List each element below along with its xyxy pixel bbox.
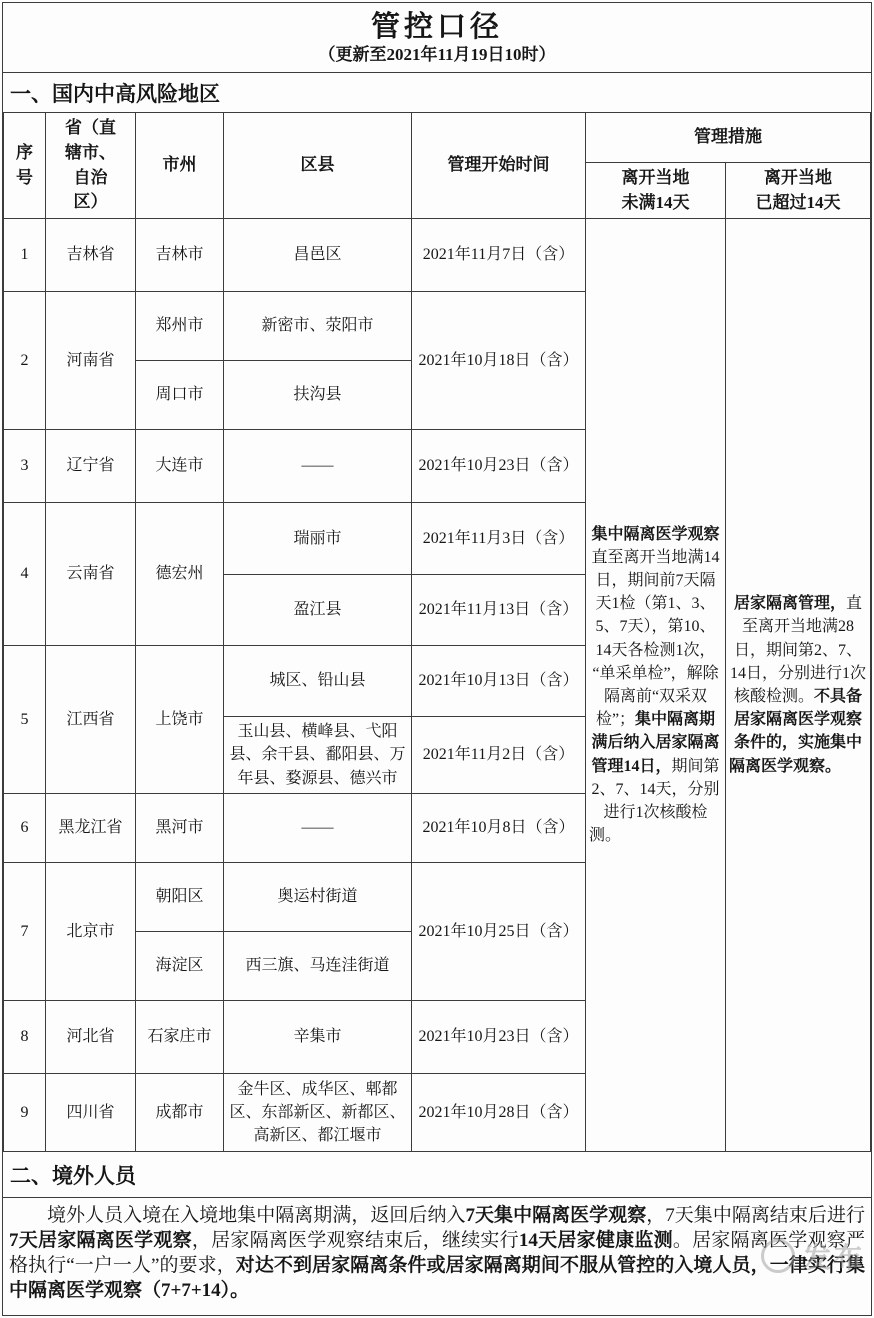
start-date-cell: 2021年10月28日（含） xyxy=(412,1074,586,1152)
col-header-measures: 管理措施 xyxy=(586,113,871,163)
district-cell: 金牛区、成华区、郫都区、东部新区、新都区、高新区、都江堰市 xyxy=(224,1074,412,1152)
seq-cell: 5 xyxy=(4,646,46,794)
city-cell: 黑河市 xyxy=(136,794,224,863)
paragraph-segment: 7天居家隔离医学观察 xyxy=(9,1230,192,1251)
district-cell: —— xyxy=(224,430,412,503)
seq-cell: 1 xyxy=(4,219,46,292)
col-header-leave-under-14: 离开当地 未满14天 xyxy=(586,163,726,219)
province-cell: 河南省 xyxy=(46,292,136,430)
start-date-cell: 2021年10月13日（含） xyxy=(412,646,586,717)
seq-cell: 8 xyxy=(4,1001,46,1074)
col-header-leave-over-14: 离开当地 已超过14天 xyxy=(726,163,871,219)
start-date-cell: 2021年10月23日（含） xyxy=(412,1001,586,1074)
document-frame: 管控口径 （更新至2021年11月19日10时） 一、国内中高风险地区 序 号 … xyxy=(2,2,872,1316)
paragraph-segment: 7天集中隔离医学观察 xyxy=(466,1205,647,1226)
city-cell: 海淀区 xyxy=(136,932,224,1001)
seq-cell: 7 xyxy=(4,863,46,1001)
col-header-province: 省（直 辖市、 自治 区） xyxy=(46,113,136,219)
seq-cell: 4 xyxy=(4,503,46,646)
city-cell: 石家庄市 xyxy=(136,1001,224,1074)
start-date-cell: 2021年11月13日（含） xyxy=(412,575,586,646)
start-date-cell: 2021年11月2日（含） xyxy=(412,717,586,794)
section-heading-domestic: 一、国内中高风险地区 xyxy=(3,73,871,112)
table-row: 1 吉林省 吉林市 昌邑区 2021年11月7日（含） 集中隔离医学观察直至离开… xyxy=(4,219,871,292)
start-date-cell: 2021年10月23日（含） xyxy=(412,430,586,503)
district-cell: 辛集市 xyxy=(224,1001,412,1074)
district-cell: 城区、铅山县 xyxy=(224,646,412,717)
city-cell: 朝阳区 xyxy=(136,863,224,932)
start-date-cell: 2021年11月3日（含） xyxy=(412,503,586,575)
seq-cell: 9 xyxy=(4,1074,46,1152)
overseas-paragraph-block: 境外人员入境在入境地集中隔离期满，返回后纳入7天集中隔离医学观察，7天集中隔离结… xyxy=(3,1198,871,1315)
start-date-cell: 2021年10月18日（含） xyxy=(412,292,586,430)
title-block: 管控口径 （更新至2021年11月19日10时） xyxy=(3,3,871,73)
district-cell: 西三旗、马连洼街道 xyxy=(224,932,412,1001)
measure-over-14-cell: 居家隔离管理，直至离开当地满28日，期间第2、7、14日，分别进行1次核酸检测。… xyxy=(726,219,871,1152)
seq-cell: 6 xyxy=(4,794,46,863)
seq-cell: 3 xyxy=(4,430,46,503)
table-header-row-1: 序 号 省（直 辖市、 自治 区） 市州 区县 管理开始时间 管理措施 xyxy=(4,113,871,163)
start-date-cell: 2021年11月7日（含） xyxy=(412,219,586,292)
city-cell: 德宏州 xyxy=(136,503,224,646)
province-cell: 吉林省 xyxy=(46,219,136,292)
measure-under-14-cell: 集中隔离医学观察直至离开当地满14日，期间前7天隔天1检（第1、3、5、7天），… xyxy=(586,219,726,1152)
document-page: 管控口径 （更新至2021年11月19日10时） 一、国内中高风险地区 序 号 … xyxy=(0,0,874,1318)
province-cell: 黑龙江省 xyxy=(46,794,136,863)
province-cell: 北京市 xyxy=(46,863,136,1001)
col-header-district: 区县 xyxy=(224,113,412,219)
measure-segment: 居家隔离管理， xyxy=(734,595,846,612)
district-cell: 玉山县、横峰县、弋阳县、余干县、鄱阳县、万年县、婺源县、德兴市 xyxy=(224,717,412,794)
seq-cell: 2 xyxy=(4,292,46,430)
district-cell: 盈江县 xyxy=(224,575,412,646)
overseas-paragraph: 境外人员入境在入境地集中隔离期满，返回后纳入7天集中隔离医学观察，7天集中隔离结… xyxy=(9,1203,865,1303)
city-cell: 成都市 xyxy=(136,1074,224,1152)
city-cell: 周口市 xyxy=(136,361,224,430)
paragraph-segment: ，居家隔离医学观察结束后，继续实行 xyxy=(192,1230,519,1251)
col-header-start-time: 管理开始时间 xyxy=(412,113,586,219)
district-cell: 新密市、荥阳市 xyxy=(224,292,412,361)
paragraph-segment: 境外人员入境在入境地集中隔离期满，返回后纳入 xyxy=(47,1205,466,1226)
province-cell: 河北省 xyxy=(46,1001,136,1074)
city-cell: 大连市 xyxy=(136,430,224,503)
district-cell: 瑞丽市 xyxy=(224,503,412,575)
col-header-seq: 序 号 xyxy=(4,113,46,219)
paragraph-segment: ，7天集中隔离结束后进行 xyxy=(646,1205,865,1226)
page-subtitle: （更新至2021年11月19日10时） xyxy=(318,46,555,63)
province-cell: 四川省 xyxy=(46,1074,136,1152)
province-cell: 江西省 xyxy=(46,646,136,794)
city-cell: 吉林市 xyxy=(136,219,224,292)
start-date-cell: 2021年10月8日（含） xyxy=(412,794,586,863)
district-cell: 扶沟县 xyxy=(224,361,412,430)
col-header-city: 市州 xyxy=(136,113,224,219)
district-cell: 昌邑区 xyxy=(224,219,412,292)
section-heading-overseas: 二、境外人员 xyxy=(3,1152,871,1198)
city-cell: 上饶市 xyxy=(136,646,224,794)
start-date-cell: 2021年10月25日（含） xyxy=(412,863,586,1001)
measure-segment: 集中隔离医学观察 xyxy=(591,526,719,543)
district-cell: —— xyxy=(224,794,412,863)
city-cell: 郑州市 xyxy=(136,292,224,361)
paragraph-segment: 14天居家健康监测 xyxy=(519,1230,673,1251)
measure-segment: 直至离开当地满14日，期间前7天隔天1检（第1、3、5、7天），第10、14天各… xyxy=(591,549,719,728)
page-title: 管控口径 xyxy=(371,13,503,42)
district-cell: 奥运村街道 xyxy=(224,863,412,932)
province-cell: 云南省 xyxy=(46,503,136,646)
risk-area-table: 序 号 省（直 辖市、 自治 区） 市州 区县 管理开始时间 管理措施 离开当地… xyxy=(3,112,871,1152)
province-cell: 辽宁省 xyxy=(46,430,136,503)
